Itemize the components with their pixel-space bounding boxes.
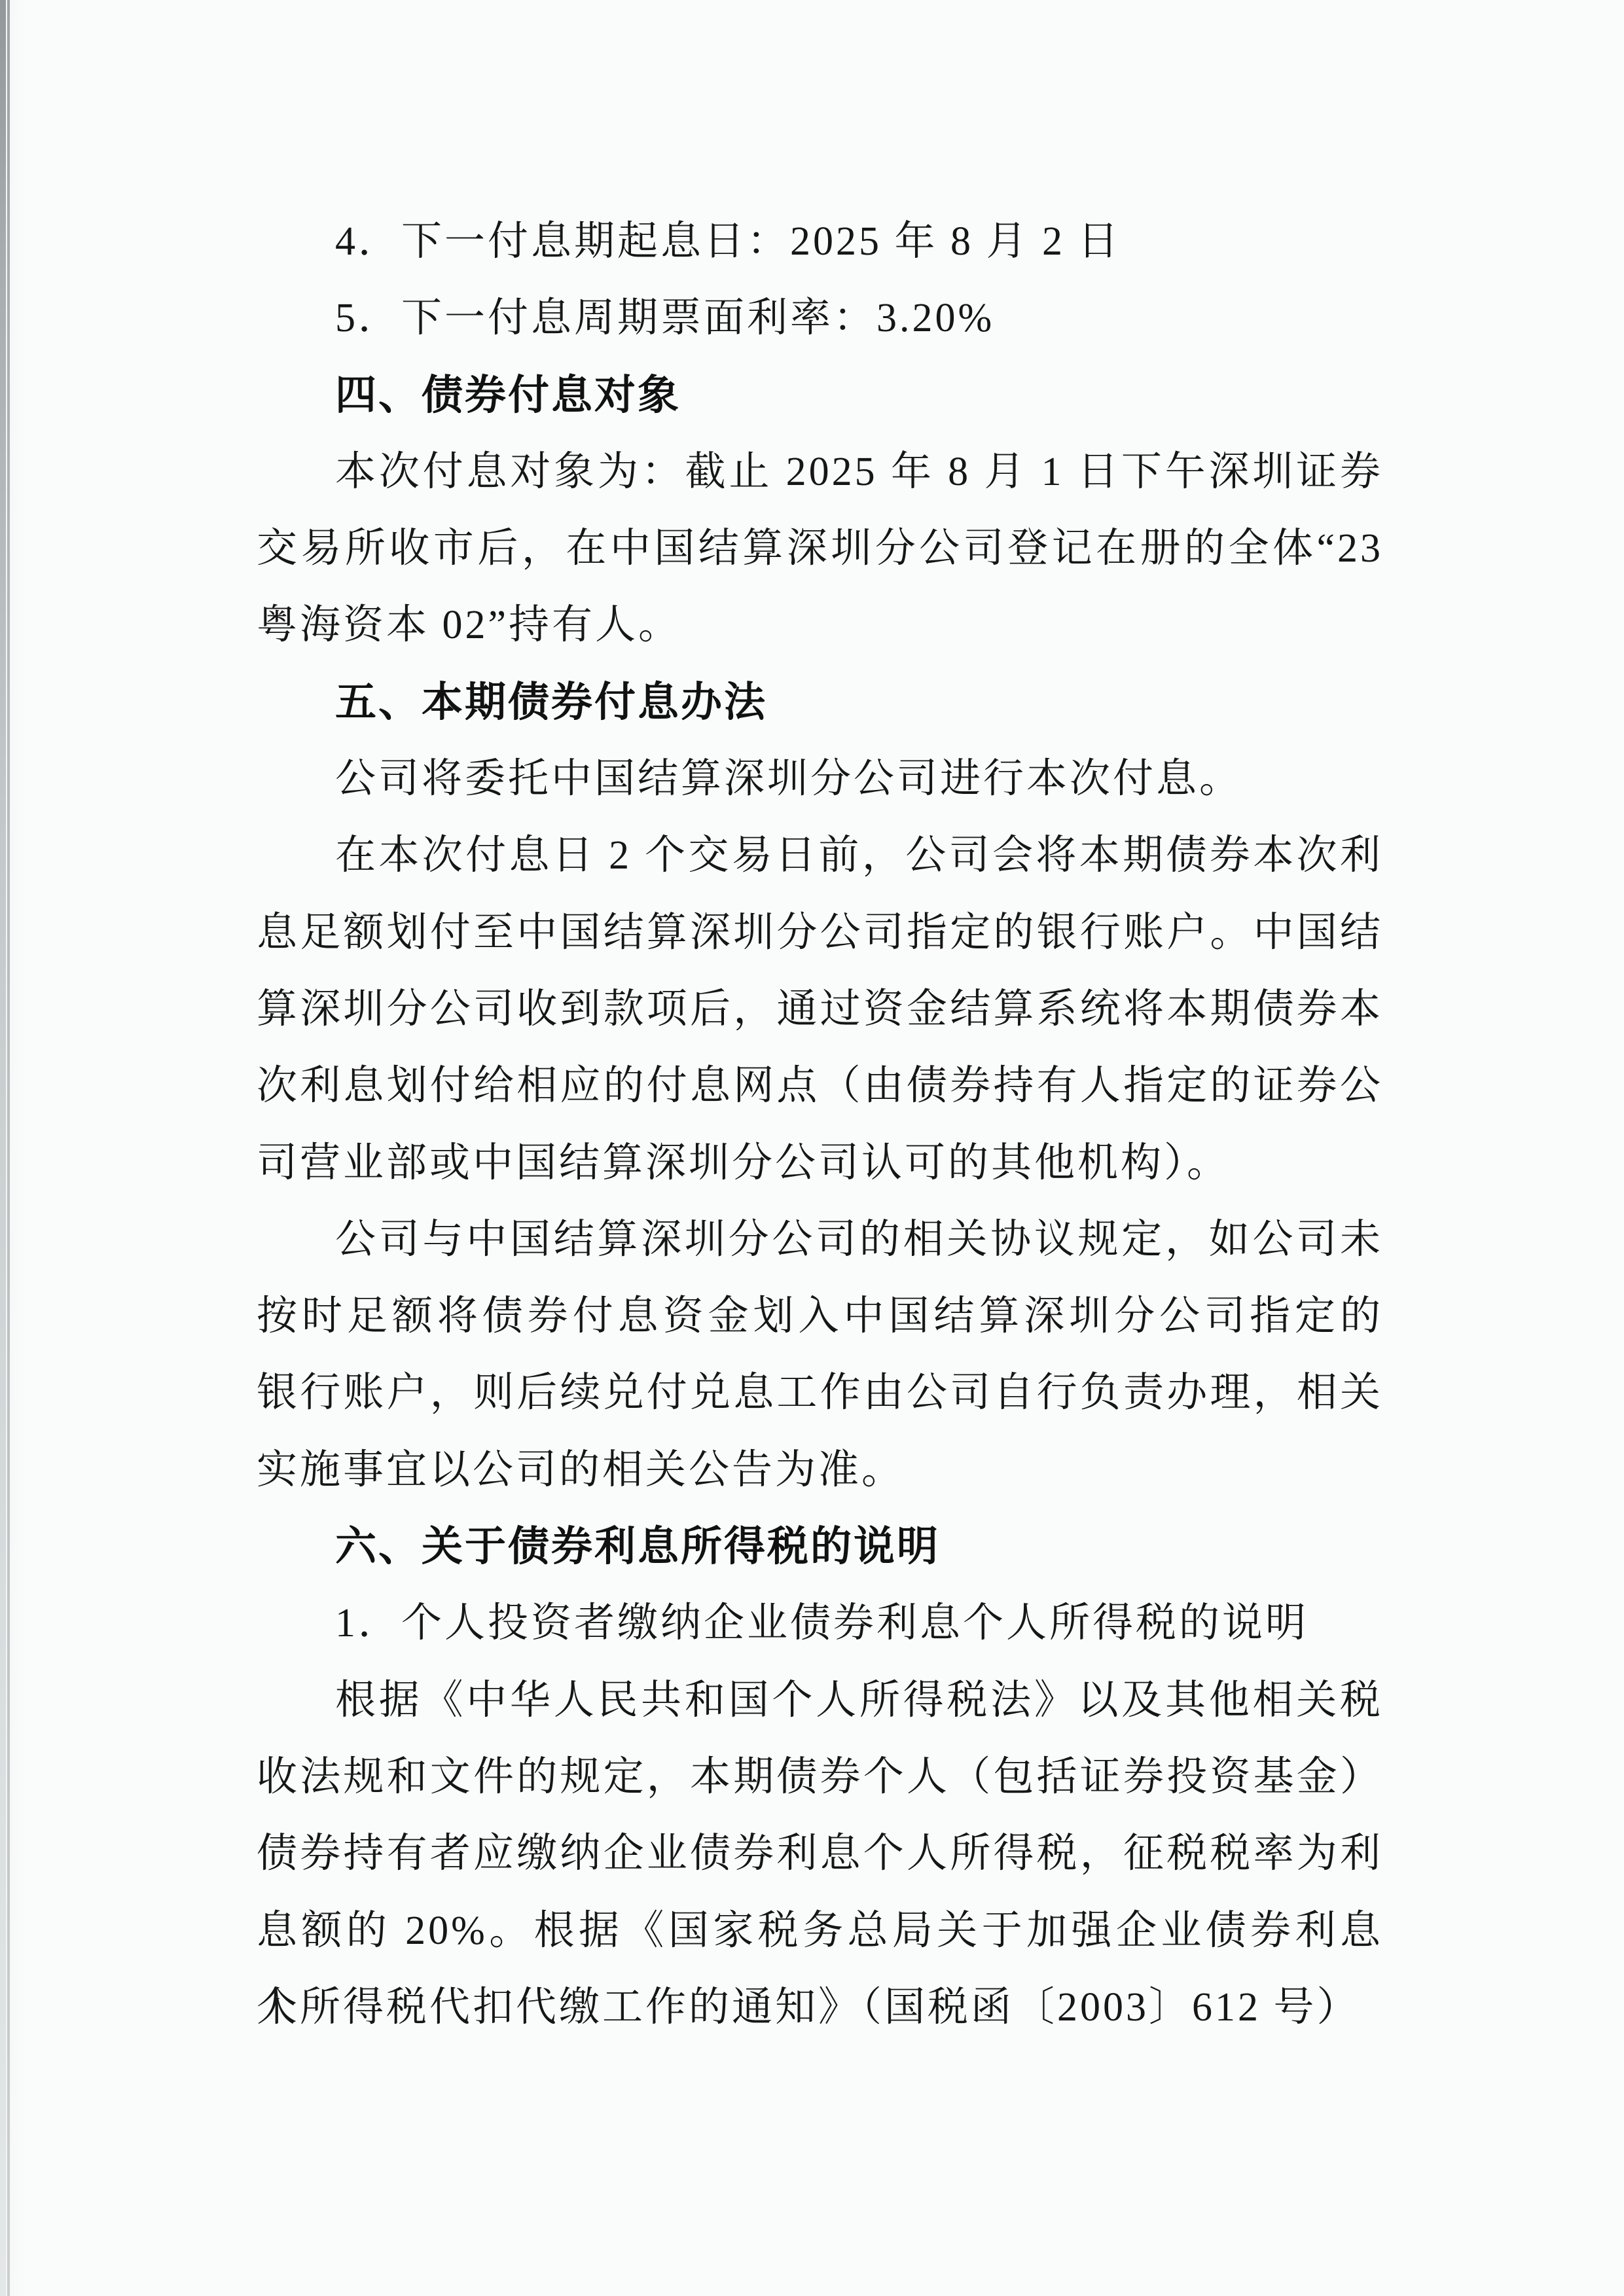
section-heading: 四、债券付息对象: [257, 357, 1383, 434]
paragraph-line: 在本次付息日 2 个交易日前，公司会将本期债券本次利: [257, 817, 1383, 894]
paragraph-line: 按时足额将债券付息资金划入中国结算深圳分公司指定的: [257, 1278, 1383, 1355]
paragraph-line: 本次付息对象为：截止 2025 年 8 月 1 日下午深圳证券: [257, 434, 1383, 511]
paragraph-line: 银行账户，则后续兑付兑息工作由公司自行负责办理，相关: [257, 1355, 1383, 1431]
section-heading: 六、关于债券利息所得税的说明: [257, 1509, 1383, 1585]
list-item-line: 5．下一付息周期票面利率：3.20%: [257, 280, 1383, 357]
paragraph-line: 交易所收市后，在中国结算深圳分公司登记在册的全体“23: [257, 511, 1383, 587]
paragraph-line: 人所得税代扣代缴工作的通知》（国税函〔2003〕612 号）: [257, 1969, 1383, 2046]
scan-edge-artifact: [0, 0, 6, 2296]
scan-edge-line: [7, 0, 10, 2296]
paragraph-line: 根据《中华人民共和国个人所得税法》以及其他相关税: [257, 1662, 1383, 1739]
paragraph-line: 息额的 20%。根据《国家税务总局关于加强企业债券利息个: [257, 1893, 1383, 1969]
list-item-line: 4．下一付息期起息日：2025 年 8 月 2 日: [257, 204, 1383, 280]
paragraph-line: 息足额划付至中国结算深圳分公司指定的银行账户。中国结: [257, 895, 1383, 971]
list-item-line: 1．个人投资者缴纳企业债券利息个人所得税的说明: [257, 1585, 1383, 1662]
document-body: 4．下一付息期起息日：2025 年 8 月 2 日 5．下一付息周期票面利率：3…: [257, 204, 1383, 2046]
paragraph-line: 粤海资本 02”持有人。: [257, 587, 1383, 664]
section-heading: 五、本期债券付息办法: [257, 664, 1383, 741]
paragraph-line: 债券持有者应缴纳企业债券利息个人所得税，征税税率为利: [257, 1816, 1383, 1892]
scanned-page: 4．下一付息期起息日：2025 年 8 月 2 日 5．下一付息周期票面利率：3…: [0, 0, 1624, 2296]
paragraph-line: 次利息划付给相应的付息网点（由债券持有人指定的证券公: [257, 1048, 1383, 1124]
paragraph-line: 实施事宜以公司的相关公告为准。: [257, 1432, 1383, 1509]
paragraph-line: 收法规和文件的规定，本期债券个人（包括证券投资基金）: [257, 1739, 1383, 1816]
paragraph-line: 司营业部或中国结算深圳分公司认可的其他机构）。: [257, 1125, 1383, 1202]
paragraph-line: 公司将委托中国结算深圳分公司进行本次付息。: [257, 741, 1383, 817]
paragraph-line: 公司与中国结算深圳分公司的相关协议规定，如公司未: [257, 1202, 1383, 1278]
paragraph-line: 算深圳分公司收到款项后，通过资金结算系统将本期债券本: [257, 971, 1383, 1048]
